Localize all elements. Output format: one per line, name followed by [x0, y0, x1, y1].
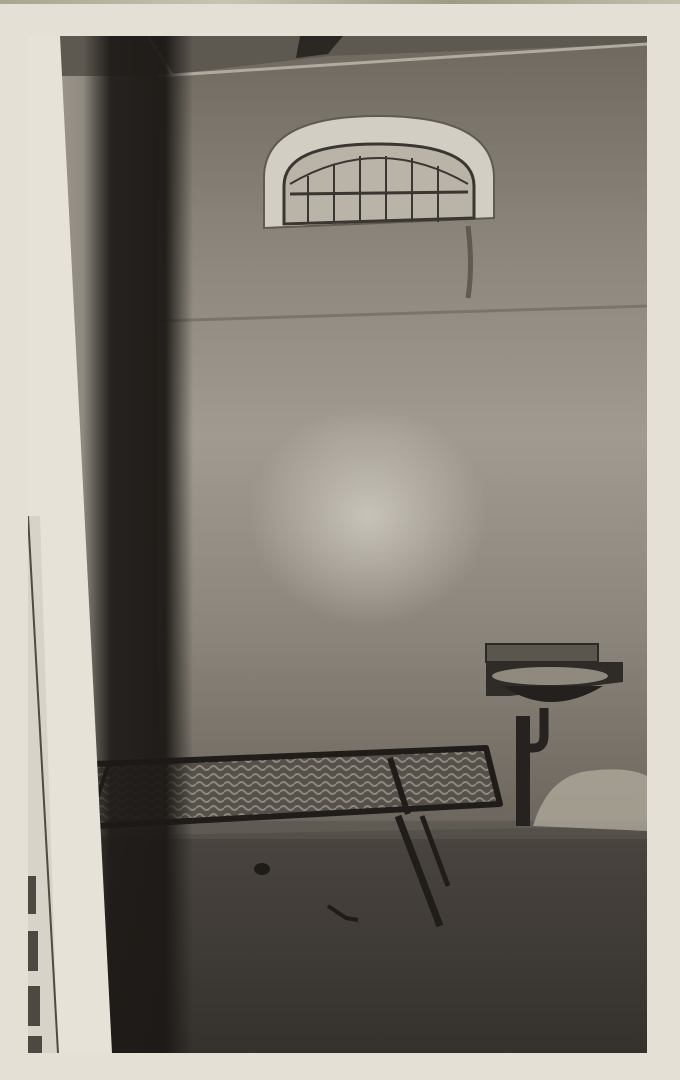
cell-photograph	[28, 36, 647, 1053]
cell-scene	[28, 36, 647, 1053]
arched-barred-window	[264, 116, 494, 228]
mount-top-edge	[0, 0, 680, 4]
